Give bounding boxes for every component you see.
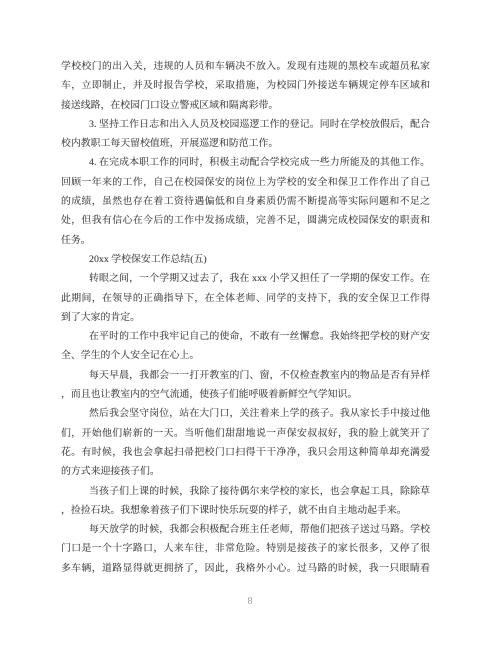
page-number: 8 xyxy=(0,595,500,609)
document-page: 学校校门的出入关，违规的人员和车辆决不放入。发现有违规的黑校车或超员私家车，立即… xyxy=(0,0,500,647)
text-line: 到了大家的肯定。 xyxy=(61,308,430,327)
text-line: 回顾一年来的工作，自己在校园保安的岗位上为学校的安全和保卫工作作出了自己 xyxy=(61,173,430,192)
text-line: 在平时的工作中我牢记自己的使命，不敢有一丝懈怠。我始终把学校的财产安 xyxy=(61,327,430,346)
text-line: 们，开始他们崭新的一天。当听他们甜甜地说一声保安叔叔好，我的脸上就笑开了 xyxy=(61,424,430,443)
text-line: 处，但我有信心在今后的工作中发扬成绩，完善不足，圆满完成校园保安的职责和 xyxy=(61,211,430,230)
text-line: ，捡捡石块。我想象着孩子们下课时快乐玩耍的样子，就不由自主地动起手来。 xyxy=(61,501,430,520)
text-line: 车，立即制止，并及时报告学校，采取措施，为校园门外接送车辆规定停车区域和 xyxy=(61,76,430,95)
text-line: 20xx 学校保安工作总结(五) xyxy=(61,250,430,269)
text-line: 多车辆，道路显得就更拥挤了，因此，我格外小心。过马路的时候，我一只眼睛看 xyxy=(61,559,430,578)
text-line: 门口是一个十字路口，人来车往，非常危险。特别是接孩子的家长很多，又停了很 xyxy=(61,539,430,558)
text-line: 的方式来迎接孩子们。 xyxy=(61,462,430,481)
text-line: 然后我会坚守岗位，站在大门口，关注着来上学的孩子。我从家长手中接过他 xyxy=(61,404,430,423)
document-body: 学校校门的出入关，违规的人员和车辆决不放入。发现有违规的黑校车或超员私家车，立即… xyxy=(61,57,430,578)
text-line: 每天早晨，我都会一一打开教室的门、窗，不仅检查教室内的物品是否有异样 xyxy=(61,366,430,385)
text-line: 全、学生的个人安全记在心上。 xyxy=(61,346,430,365)
text-line: 接送线路，在校园门口设立警戒区域和隔离彩带。 xyxy=(61,96,430,115)
text-line: 此期间，在领导的正确指导下，在全体老师、同学的支持下，我的安全保卫工作得 xyxy=(61,289,430,308)
text-line: ，而且也让教室内的空气流通，使孩子们能呼吸着新鲜空气学知识。 xyxy=(61,385,430,404)
text-line: 每天放学的时候，我都会积极配合班主任老师，帮他们把孩子送过马路。学校 xyxy=(61,520,430,539)
text-line: 学校校门的出入关，违规的人员和车辆决不放入。发现有违规的黑校车或超员私家 xyxy=(61,57,430,76)
text-line: 转眼之间，一个学期又过去了，我在 xxx 小学又担任了一学期的保安工作。在 xyxy=(61,269,430,288)
text-line: 花。有时候，我也会拿起扫帚把校门口扫得干干净净，我只会用这种简单却充满爱 xyxy=(61,443,430,462)
text-line: 校内教职工每天留校值班，开展巡逻和防范工作。 xyxy=(61,134,430,153)
text-line: 4. 在完成本职工作的同时，积极主动配合学校完成一些力所能及的其他工作。 xyxy=(61,153,430,172)
text-line: 任务。 xyxy=(61,231,430,250)
text-line: 的成绩，虽然也存在着工资待遇偏低和自身素质仍需不断提高等实际问题和不足之 xyxy=(61,192,430,211)
text-line: 当孩子们上课的时候，我除了接待偶尔来学校的家长，也会拿起工具，除除草 xyxy=(61,482,430,501)
text-line: 3. 坚持工作日志和出入人员及校园巡逻工作的登记。同时在学校放假后，配合 xyxy=(61,115,430,134)
